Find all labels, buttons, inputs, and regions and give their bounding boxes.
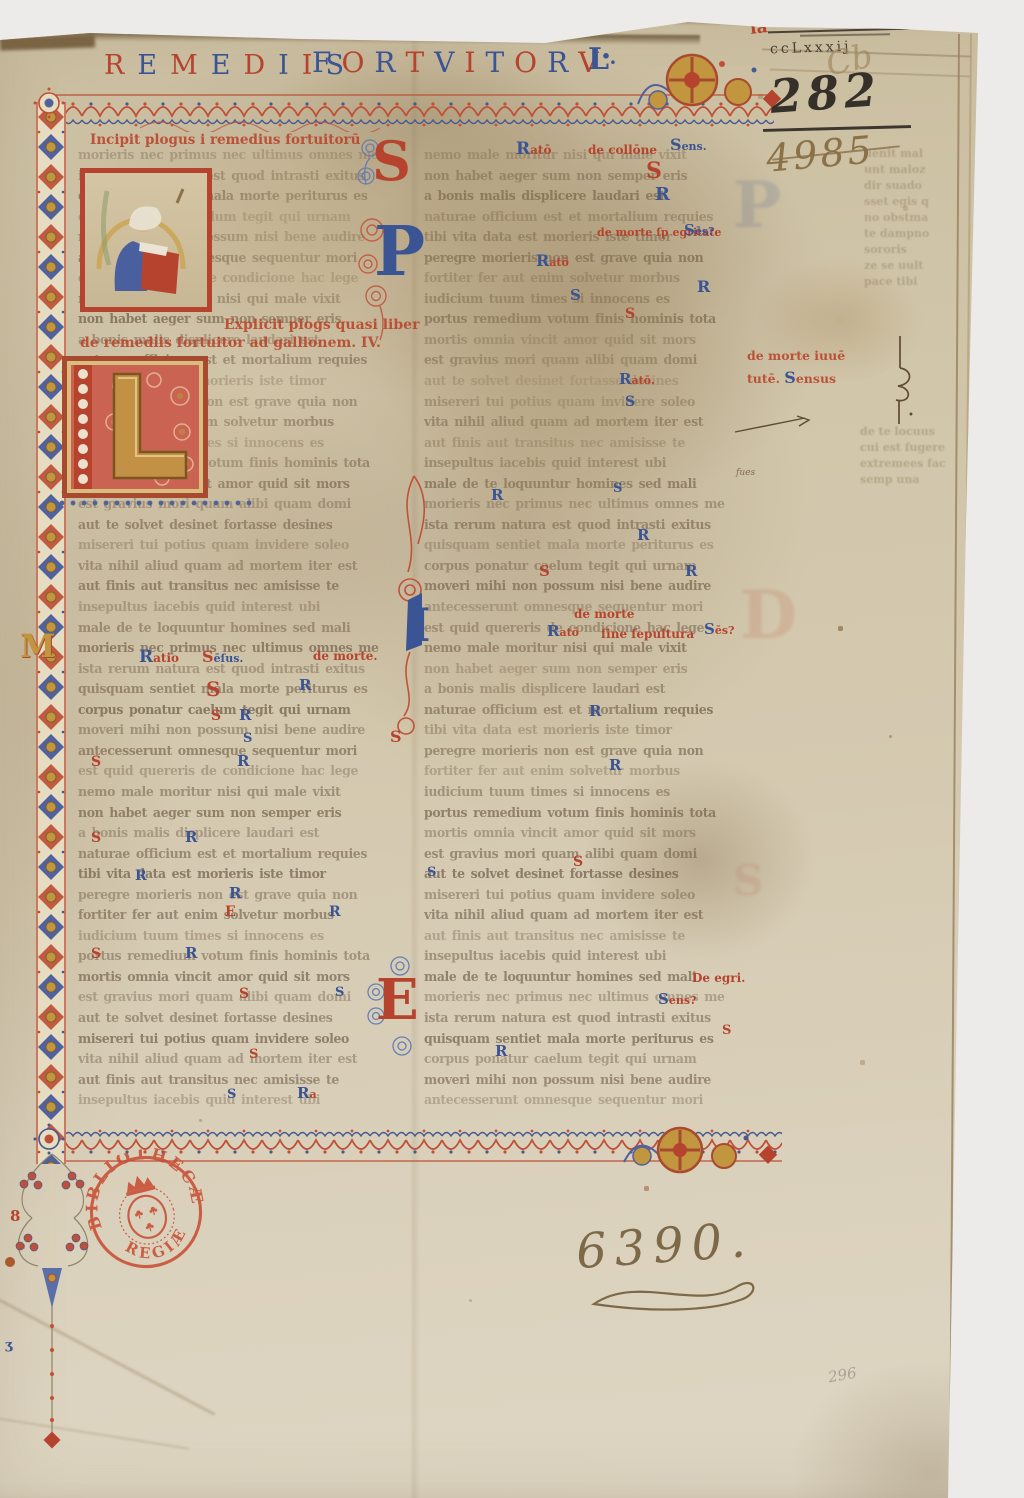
- dialogue-marker: S: [239, 983, 249, 1002]
- border-initial-M: M: [20, 630, 55, 662]
- dialogue-marker: Ratō: [516, 139, 551, 159]
- dialogue-marker: S: [206, 677, 220, 701]
- dialogue-marker: R: [637, 525, 649, 544]
- dialogue-marker: S: [91, 751, 101, 770]
- text-line: insepultus iacebis quid interest ubi: [424, 454, 762, 476]
- dialogue-marker: R: [655, 184, 670, 205]
- dialogue-marker: E: [225, 901, 236, 920]
- dialogue-marker: S: [573, 851, 583, 870]
- initial-I: I: [409, 602, 431, 648]
- dialogue-marker: ſine ſepultura: [601, 623, 694, 642]
- title-letter: R: [547, 46, 578, 79]
- text-line: moveri mihi non possum nisi bene audire: [424, 577, 762, 599]
- showthrough-line: ze se uult: [864, 258, 968, 274]
- title-letter: T: [406, 46, 435, 79]
- showthrough-line: de te locuus: [860, 424, 964, 440]
- margin-note-de-morte: de morte iuuē: [747, 348, 845, 363]
- roman-folio-overline-2: [800, 33, 890, 36]
- dialogue-marker: 8: [10, 1206, 20, 1225]
- text-line: a bonis malis displicere laudari est: [78, 824, 402, 846]
- dialogue-marker: R: [239, 705, 251, 724]
- text-line: fortiter fer aut enim solvetur morbus: [78, 906, 402, 928]
- text-line: morieris nec primus nec ultimus omnes me: [424, 495, 762, 517]
- dialogue-marker: R: [491, 485, 503, 504]
- title-letter: D: [243, 50, 278, 81]
- dialogue-marker: Ratio: [139, 647, 179, 667]
- dialogue-marker: Ra: [297, 1083, 317, 1102]
- text-line: male de te loquuntur homines sed mali: [78, 619, 402, 641]
- showthrough-line: unt maloz: [864, 162, 968, 178]
- manuscript-photo: morieris nec primus nec ultimus omnes me…: [0, 0, 1024, 1498]
- dialogue-marker: Sēs?: [704, 619, 734, 638]
- text-line: morieris nec primus nec ultimus omnes me: [424, 988, 762, 1010]
- title-letter: O: [514, 46, 547, 79]
- text-line: misereri tui potius quam invidere soleo: [78, 1030, 402, 1052]
- text-line: insepultus iacebis quid interest ubi: [78, 598, 402, 620]
- dialogue-marker: R: [329, 901, 341, 920]
- dialogue-marker: S: [722, 1019, 731, 1038]
- header-title-fortuitorum: FORTVITORV·: [312, 46, 627, 79]
- text-line: fortiter fer aut enim solvetur morbus: [424, 269, 762, 291]
- rubric-flourish: [140, 116, 410, 132]
- dialogue-marker: Ratō.: [619, 369, 655, 388]
- page-right-edge: [949, 34, 960, 1498]
- title-letter: O: [341, 46, 374, 79]
- title-letter: V: [434, 46, 464, 79]
- dialogue-marker: S: [646, 158, 662, 184]
- showthrough-line: semp una: [860, 472, 964, 488]
- title-letter: E: [211, 50, 244, 81]
- dialogue-marker: R: [237, 751, 249, 770]
- title-letter: T: [485, 46, 514, 79]
- ghost-initial-offset-2: D: [740, 576, 797, 654]
- dialogue-marker: Sēs?: [684, 220, 714, 239]
- text-line: insepultus iacebis quid interest ubi: [78, 1091, 402, 1113]
- dialogue-marker: Sens.: [670, 135, 707, 154]
- dialogue-marker: R: [229, 883, 241, 902]
- header-title-tail-glyph: Ŀ: [588, 42, 609, 77]
- showthrough-line: dir suado: [864, 178, 968, 194]
- text-line: ista rerum natura est quod intrasti exit…: [424, 516, 762, 538]
- text-line: non habet aeger sum non semper eris: [78, 804, 402, 826]
- text-line: moveri mihi non possum nisi bene audire: [78, 721, 402, 743]
- text-line: corpus ponatur caelum tegit qui urnam: [424, 1050, 762, 1072]
- text-line: misereri tui potius quam invidere soleo: [424, 393, 762, 415]
- showthrough-line: cui est fugere: [860, 440, 964, 456]
- dialogue-marker: S: [427, 861, 436, 880]
- dialogue-marker: de collōne: [588, 139, 657, 158]
- text-line: non habet aeger sum non semper eris: [424, 167, 762, 189]
- dialogue-marker: de morte: [574, 603, 634, 622]
- dialogue-marker: S: [625, 391, 635, 410]
- text-line: quisquam sentiet mala morte periturus es: [424, 536, 762, 558]
- text-line: nemo male moritur nisi qui male vixit: [78, 783, 402, 805]
- dialogue-marker: R: [685, 561, 697, 580]
- svg-text:REGIÆ: REGIÆ: [118, 1220, 196, 1270]
- text-line: vita nihil aliud quam ad mortem iter est: [424, 413, 762, 435]
- miniature-portrait: [80, 168, 212, 312]
- text-line: portus remedium votum finis hominis tota: [78, 947, 402, 969]
- dialogue-marker: R: [185, 943, 197, 962]
- text-line: portus remedium votum finis hominis tota: [424, 804, 762, 826]
- text-line: non habet aeger sum non semper eris: [424, 660, 762, 682]
- text-line: insepultus iacebis quid interest ubi: [424, 947, 762, 969]
- dialogue-marker: R: [609, 755, 621, 774]
- text-line: moveri mihi non possum nisi bene audire: [424, 1071, 762, 1093]
- dialogue-marker: S: [335, 981, 344, 1000]
- shelfmark-number: 6390.: [574, 1212, 755, 1280]
- initial-P: P: [374, 218, 425, 286]
- showthrough-text-lower: de te locuuscui est fugereextremees facs…: [860, 424, 964, 488]
- title-letter: F: [312, 46, 341, 79]
- text-line: tibi vita data est morieris iste timor: [424, 721, 762, 743]
- text-line: fortiter fer aut enim solvetur morbus: [424, 762, 762, 784]
- title-letter: R: [374, 46, 405, 79]
- text-line: corpus ponatur caelum tegit qui urnam: [424, 557, 762, 579]
- dialogue-marker: Ratō: [547, 621, 579, 640]
- text-line: peregre morieris non est grave quia non: [424, 742, 762, 764]
- text-line: ista rerum natura est quod intrasti exit…: [424, 1009, 762, 1031]
- dialogue-marker: Ratō: [536, 251, 569, 270]
- text-line: a bonis malis displicere laudari est: [424, 187, 762, 209]
- dialogue-marker: R: [495, 1041, 507, 1060]
- dialogue-marker: R: [135, 865, 147, 884]
- text-line: mortis omnia vincit amor quid sit mors: [424, 331, 762, 353]
- text-line: aut finis aut transitus nec amisisse te: [424, 927, 762, 949]
- blue-dot-band: [58, 499, 254, 507]
- text-line: vita nihil aliud quam ad mortem iter est: [78, 557, 402, 579]
- text-line: iudicium tuum times si innocens es: [78, 927, 402, 949]
- dialogue-marker: S: [613, 477, 622, 496]
- text-line: est gravius mori quam alibi quam domi: [424, 845, 762, 867]
- initial-E: E: [376, 972, 419, 1028]
- text-line: a bonis malis displicere laudari est: [424, 680, 762, 702]
- dialogue-marker: S: [539, 561, 550, 580]
- showthrough-line: te dampno: [864, 226, 968, 242]
- manuscript-page: morieris nec primus nec ultimus omnes me…: [0, 0, 1024, 1498]
- shelfmark-flourish: [588, 1278, 768, 1318]
- dialogue-marker: Sēſus.: [202, 647, 243, 666]
- text-line: aut te solvet desinet fortasse desines: [424, 865, 762, 887]
- corner-rosette-top: [32, 86, 66, 120]
- dialogue-marker: R: [185, 827, 197, 846]
- dialogue-marker: S: [243, 727, 252, 746]
- dialogue-marker: S: [390, 727, 402, 746]
- dialogue-marker: Sens?: [658, 989, 696, 1008]
- margin-gloss-small: fues: [736, 468, 755, 478]
- text-line: aut finis aut transitus nec amisisse te: [424, 434, 762, 456]
- showthrough-line: no obstma: [864, 210, 968, 226]
- text-line: iudicium tuum times si innocens es: [424, 290, 762, 312]
- dialogue-marker: S: [249, 1043, 258, 1062]
- title-letter: I: [464, 46, 485, 79]
- margin-note-sensus: tutē. Sensus: [747, 368, 836, 387]
- showthrough-text-upper: uenit malunt malozdir suadosset egis qno…: [864, 146, 968, 290]
- corner-quire-mark: la: [749, 17, 769, 39]
- text-line: aut finis aut transitus nec amisisse te: [78, 577, 402, 599]
- dialogue-marker: R: [589, 701, 601, 720]
- page-top-edge-left: [0, 34, 95, 50]
- header-medallion-ornament: [628, 44, 792, 128]
- text-line: naturae officium est et mortalium requie…: [78, 845, 402, 867]
- dialogue-marker: S: [91, 827, 101, 846]
- text-line: quisquam sentiet mala morte periturus es: [78, 680, 402, 702]
- title-letter: E: [137, 50, 170, 81]
- showthrough-line: extremees fac: [860, 456, 964, 472]
- bottom-medallion-ornament: [610, 1118, 794, 1190]
- dialogue-marker: S: [211, 705, 221, 724]
- text-line: mortis omnia vincit amor quid sit mors: [424, 824, 762, 846]
- showthrough-line: sset egis q: [864, 194, 968, 210]
- dialogue-marker: S: [570, 285, 581, 304]
- initial-S: S: [372, 134, 411, 188]
- text-line: quisquam sentiet mala morte periturus es: [424, 1030, 762, 1052]
- dialogue-marker: S: [91, 943, 101, 962]
- text-line: peregre morieris non est grave quia non: [424, 249, 762, 271]
- page-right-edge-2: [957, 34, 972, 1494]
- text-line: male de te loquuntur homines sed mali: [424, 475, 762, 497]
- text-line: aut finis aut transitus nec amisisse te: [78, 1071, 402, 1093]
- text-line: misereri tui potius quam invidere soleo: [424, 886, 762, 908]
- ghost-initial-offset-3: S: [733, 856, 763, 905]
- text-line: aut te solvet desinet fortasse desines: [78, 1009, 402, 1031]
- dialogue-marker: de morte.: [313, 645, 378, 664]
- title-letter: M: [170, 50, 211, 81]
- foxing-specks: [0, 0, 1, 1]
- dialogue-marker: S: [227, 1083, 236, 1102]
- dialogue-marker: De egri.: [692, 967, 745, 986]
- text-line: iudicium tuum times si innocens es: [424, 783, 762, 805]
- text-line: morieris nec primus nec ultimus omnes me: [78, 146, 402, 168]
- text-line: nemo male moritur nisi qui male vixit: [424, 639, 762, 661]
- text-line: aut te solvet desinet fortasse desines: [424, 372, 762, 394]
- text-line: vita nihil aliud quam ad mortem iter est: [78, 1050, 402, 1072]
- modern-folio-number: 282: [768, 62, 883, 124]
- dialogue-marker: R: [697, 277, 710, 296]
- title-letter: R: [104, 50, 137, 81]
- title-letter: ·: [608, 46, 627, 79]
- illuminated-initial-L-panel: [62, 356, 208, 498]
- text-line: antecesserunt omnesque sequentur mori: [424, 1091, 762, 1113]
- text-line: vita nihil aliud quam ad mortem iter est: [424, 906, 762, 928]
- title-letter: I: [278, 50, 302, 81]
- pen-stroke-mark: [733, 414, 813, 436]
- text-line: aut te solvet desinet fortasse desines: [78, 516, 402, 538]
- roman-folio-overline: [768, 27, 946, 34]
- text-line: portus remedium votum finis hominis tota: [424, 310, 762, 332]
- text-line: misereri tui potius quam invidere soleo: [78, 536, 402, 558]
- nota-mark: [886, 336, 916, 426]
- showthrough-line: pace tibi: [864, 274, 968, 290]
- dialogue-marker: S: [625, 303, 635, 322]
- pencil-note: 296: [827, 1364, 858, 1387]
- text-line: est gravius mori quam alibi quam domi: [424, 351, 762, 373]
- showthrough-line: sororis: [864, 242, 968, 258]
- dialogue-marker: R: [299, 675, 311, 694]
- dialogue-marker: ʒ: [5, 1334, 12, 1353]
